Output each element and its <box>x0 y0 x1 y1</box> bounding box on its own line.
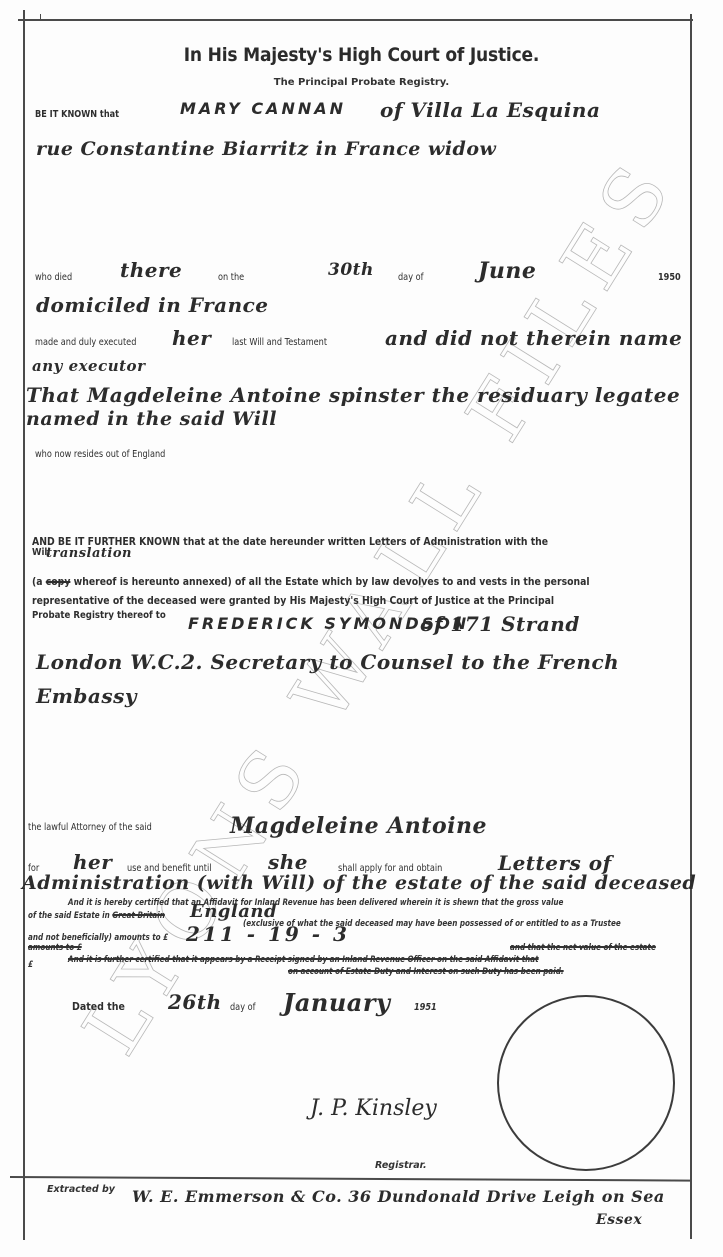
frame-top-border <box>18 19 693 21</box>
extracted-by-label: Extracted by <box>47 1184 115 1195</box>
grantee-address-line2: London W.C.2. Secretary to Counsel to th… <box>36 650 619 674</box>
grantee-address-line3: Embassy <box>36 684 137 708</box>
use-pronoun1: her <box>73 850 112 874</box>
will-pronoun: her <box>172 326 211 350</box>
dated-day: 26th <box>168 990 222 1014</box>
line2-rest: whereof is hereunto annexed) of all the … <box>74 575 590 588</box>
extracted-by-divider <box>10 1176 692 1182</box>
lawful-attorney-label: the lawful Attorney of the said <box>28 822 152 833</box>
struck-amounts-to: amounts to £ <box>28 942 82 952</box>
registrar-label: Registrar. <box>375 1160 427 1171</box>
resides-out-of-england: who now resides out of England <box>35 449 165 460</box>
dated-year: 1951 <box>414 1002 437 1013</box>
administration-line: Administration (with Will) of the estate… <box>22 872 696 894</box>
further-known-line2: (a copy whereof is hereunto annexed) of … <box>32 575 590 588</box>
made-executed-label: made and duly executed <box>35 337 136 348</box>
corner-tick <box>40 14 41 19</box>
deceased-name: MARY CANNAN <box>180 99 346 118</box>
seal-circle <box>497 995 675 1171</box>
further-known-line3: representative of the deceased were gran… <box>32 594 554 607</box>
struck-pound-sign: £ <box>28 959 33 969</box>
affidavit-line1: And it is hereby certified that an Affid… <box>68 897 563 907</box>
registrar-signature: J. P. Kinsley <box>310 1096 437 1121</box>
document-subtitle: The Principal Probate Registry. <box>0 77 723 88</box>
use-pronoun2: she <box>268 850 308 874</box>
frame-left-border <box>23 10 25 1240</box>
grantee-address-line1: of 171 Strand <box>420 612 580 636</box>
extracted-by-line1: W. E. Emmerson & Co. 36 Dundonald Drive … <box>132 1187 665 1206</box>
day-of-label: day of <box>398 272 424 283</box>
translation-insert: translation <box>46 546 132 561</box>
document-title: In His Majesty's High Court of Justice. <box>0 44 723 66</box>
attorney-name: Magdeleine Antoine <box>230 813 487 839</box>
affidavit-line4: and not beneficially) amounts to £ <box>28 932 168 942</box>
domicile: domiciled in France <box>36 293 269 317</box>
gross-value-amount: 211 - 19 - 3 <box>186 922 350 946</box>
deceased-address-line2: rue Constantine Biarritz in France widow <box>36 138 496 160</box>
will-note-line2: any executor <box>32 357 145 375</box>
be-it-known-label: BE IT KNOWN that <box>35 109 119 120</box>
dated-day-of-label: day of <box>230 1002 256 1013</box>
struck-copy-word: copy <box>46 575 71 588</box>
struck-further-certified-line2: on account of Estate Duty and Interest o… <box>288 966 564 976</box>
will-note-line1: and did not therein name <box>385 326 682 350</box>
legatee-line2: named in the said Will <box>26 408 277 430</box>
last-will-label: last Will and Testament <box>232 337 327 348</box>
line2-prefix: (a <box>32 575 43 588</box>
dated-label: Dated the <box>72 1000 125 1013</box>
further-known-line4: Probate Registry thereof to <box>32 610 166 621</box>
probate-document: LYONS WALL FILES In His Majesty's High C… <box>0 0 723 1257</box>
death-day: 30th <box>328 260 374 280</box>
struck-further-certified-line1: And it is further certified that it appe… <box>68 954 539 964</box>
who-died-label: who died <box>35 272 72 283</box>
affidavit-line2: of the said Estate in Great Britain <box>28 910 165 920</box>
struck-net-value: and that the net value of the estate <box>510 942 656 952</box>
frame-right-border <box>690 14 692 1239</box>
death-year: 1950 <box>658 272 681 283</box>
struck-great-britain: Great Britain <box>112 910 165 920</box>
legatee-line1: That Magdeleine Antoine spinster the res… <box>26 383 680 407</box>
affidavit-line2-prefix: of the said Estate in <box>28 910 110 920</box>
extracted-by-line2: Essex <box>596 1212 642 1228</box>
dated-month: January <box>283 988 390 1017</box>
death-month: June <box>478 258 536 284</box>
death-place: there <box>120 258 182 282</box>
on-the-label: on the <box>218 272 244 283</box>
deceased-address-line1: of Villa La Esquina <box>380 98 600 122</box>
